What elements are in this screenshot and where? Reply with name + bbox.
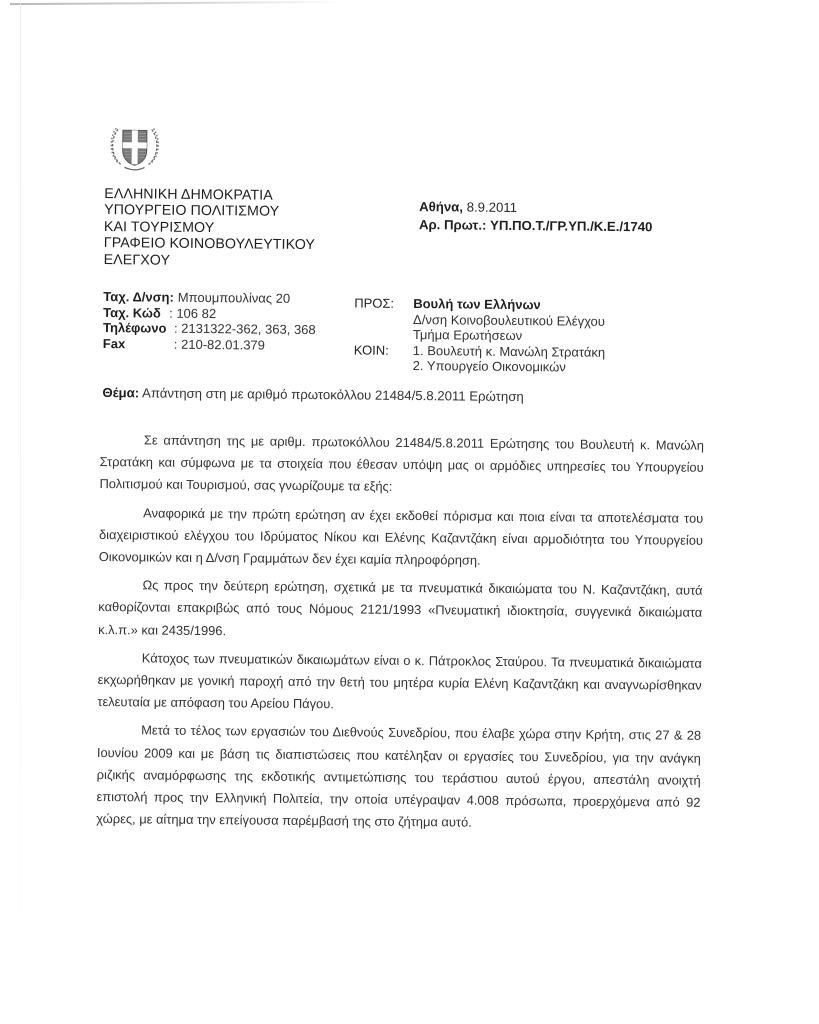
letterhead-line: ΥΠΟΥΡΓΕΙΟ ΠΟΛΙΤΙΣΜΟΥ	[104, 202, 315, 220]
body-paragraph: Αναφορικά με την πρώτη ερώτηση αν έχει ε…	[99, 502, 704, 574]
subject-label: Θέμα:	[102, 385, 139, 400]
recipient: Τμήμα Ερωτήσεων	[413, 327, 522, 344]
recipients: ΠΡΟΣ: Βουλή των Ελλήνων Δ/νση Κοινοβουλε…	[354, 295, 606, 375]
cc-recipient: 2. Υπουργείο Οικονομικών	[413, 358, 566, 375]
recipient: Δ/νση Κοινοβουλευτικού Ελέγχου	[413, 312, 605, 329]
cc-label: ΚΟΙΝ:	[354, 342, 413, 358]
body-paragraph: Σε απάντηση της με αριθμ. πρωτοκόλλου 21…	[99, 429, 704, 501]
subject-text: Απάντηση στη με αριθμό πρωτοκόλλου 21484…	[142, 385, 524, 404]
contact-value: : 210-82.01.379	[174, 337, 265, 353]
place-date-label: Αθήνα,	[419, 199, 463, 214]
body-paragraph: Κάτοχος των πνευματικών δικαιωμάτων είνα…	[97, 647, 702, 719]
letter-page: ΕΛΛΗΝΙΚΗ ΔΗΜΟΚΡΑΤΙΑ ΥΠΟΥΡΓΕΙΟ ΠΟΛΙΤΙΣΜΟΥ…	[0, 0, 819, 1024]
cc-recipient: 1. Βουλευτή κ. Μανώλη Στρατάκη	[413, 343, 605, 360]
contact-label: Ταχ. Κώδ	[103, 305, 169, 321]
letterhead-line: ΕΛΛΗΝΙΚΗ ΔΗΜΟΚΡΑΤΙΑ	[104, 186, 315, 204]
to-label: ΠΡΟΣ:	[354, 295, 413, 311]
date-block: Αθήνα, 8.9.2011 Αρ. Πρωτ.: ΥΠ.ΠΟ.Τ./ΓΡ.Υ…	[419, 198, 653, 235]
letterhead-line: ΓΡΑΦΕΙΟ ΚΟΙΝΟΒΟΥΛΕΥΤΙΚΟΥ	[104, 235, 315, 253]
protocol-number: ΥΠ.ΠΟ.Τ./ΓΡ.ΥΠ./Κ.Ε./1740	[490, 217, 652, 234]
body-paragraph: Ως προς την δεύτερη ερώτηση, σχετικά με …	[98, 574, 703, 646]
contact-label: Fax	[103, 336, 174, 352]
contact-value: : 2131322-362, 363, 368	[174, 321, 316, 338]
contact-label: Ταχ. Δ/νση:	[103, 289, 174, 305]
letterhead-line: ΚΑΙ ΤΟΥΡΙΣΜΟΥ	[104, 219, 315, 237]
recipient: Βουλή των Ελλήνων	[413, 296, 541, 313]
letterhead: ΕΛΛΗΝΙΚΗ ΔΗΜΟΚΡΑΤΙΑ ΥΠΟΥΡΓΕΙΟ ΠΟΛΙΤΙΣΜΟΥ…	[104, 186, 316, 270]
letterhead-line: ΕΛΕΓΧΟΥ	[104, 252, 315, 270]
letter-body: Σε απάντηση της με αριθμ. πρωτοκόλλου 21…	[96, 429, 704, 842]
greek-coat-of-arms-icon	[106, 118, 163, 175]
letter-date: 8.9.2011	[467, 200, 518, 215]
contact-label: Τηλέφωνο	[103, 320, 174, 336]
body-paragraph: Μετά το τέλος των εργασιών του Διεθνούς …	[96, 719, 701, 836]
protocol-label: Αρ. Πρωτ.:	[419, 217, 487, 233]
subject-line: Θέμα: Απάντηση στη με αριθμό πρωτοκόλλου…	[102, 385, 523, 404]
cc-row: 2. Υπουργείο Οικονομικών	[354, 357, 605, 375]
contact-row-fax: Fax : 210-82.01.379	[103, 336, 316, 354]
contact-value: : 106 82	[169, 305, 216, 321]
contact-info: Ταχ. Δ/νση: Μπουμπουλίνας 20 Ταχ. Κώδ : …	[103, 289, 316, 353]
contact-value: Μπουμπουλίνας 20	[178, 290, 290, 307]
